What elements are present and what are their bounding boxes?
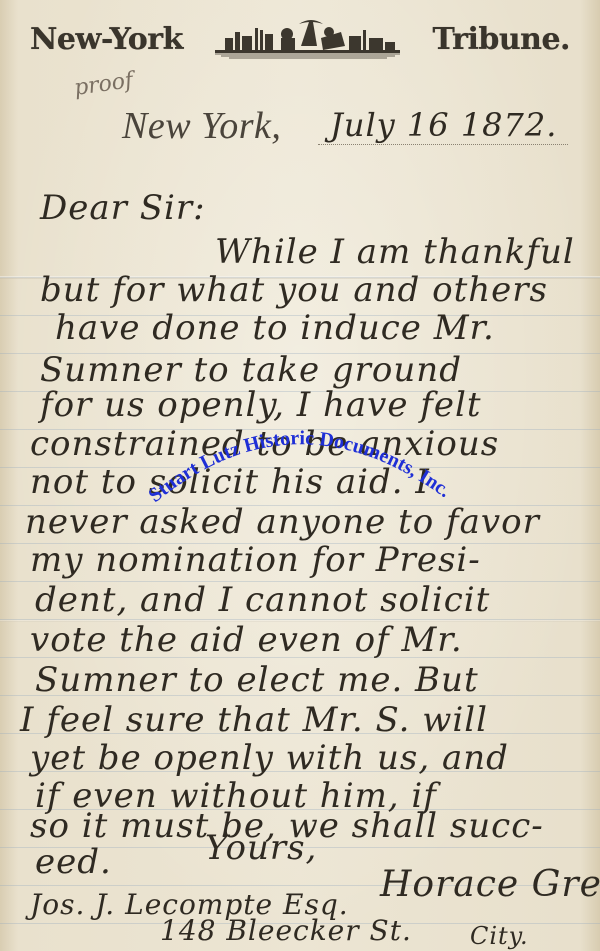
- addressee-address: 148 Bleecker St.: [160, 914, 412, 947]
- engraved-scene-icon: [215, 16, 400, 62]
- dateline-date: July 16 1872.: [330, 106, 557, 144]
- body-line: Sumner to elect me. But: [35, 660, 479, 700]
- letterhead-left-word: New-York: [30, 22, 183, 57]
- body-line: dent, and I cannot solicit: [35, 580, 490, 620]
- body-line: have done to induce Mr.: [55, 308, 495, 348]
- salutation: Dear Sir:: [40, 188, 206, 228]
- body-line: never asked anyone to favor: [25, 502, 540, 542]
- body-line: eed.: [35, 842, 112, 882]
- body-line: but for what you and others: [40, 270, 548, 310]
- signature: Horace Greeley: [380, 864, 600, 905]
- dateline-place: New York,: [122, 104, 281, 148]
- body-line: not to solicit his aid. I: [30, 462, 430, 502]
- letterhead-right-word: Tribune.: [433, 22, 570, 57]
- body-line: for us openly, I have felt: [40, 385, 482, 425]
- closing: Yours,: [205, 828, 317, 868]
- body-line: I feel sure that Mr. S. will: [20, 700, 488, 740]
- body-line: While I am thankful: [215, 232, 575, 272]
- pencil-note: proof: [73, 68, 135, 101]
- addressee-city: City.: [470, 922, 529, 950]
- body-line: vote the aid even of Mr.: [30, 620, 463, 660]
- body-line: constrained to be anxious: [30, 424, 499, 464]
- letter-page: New-York: [0, 0, 600, 951]
- body-line: yet be openly with us, and: [30, 738, 509, 778]
- body-line: Sumner to take ground: [40, 350, 462, 390]
- body-line: my nomination for Presi-: [30, 540, 481, 580]
- dateline-rule: [318, 144, 568, 145]
- letterhead: New-York: [30, 14, 570, 64]
